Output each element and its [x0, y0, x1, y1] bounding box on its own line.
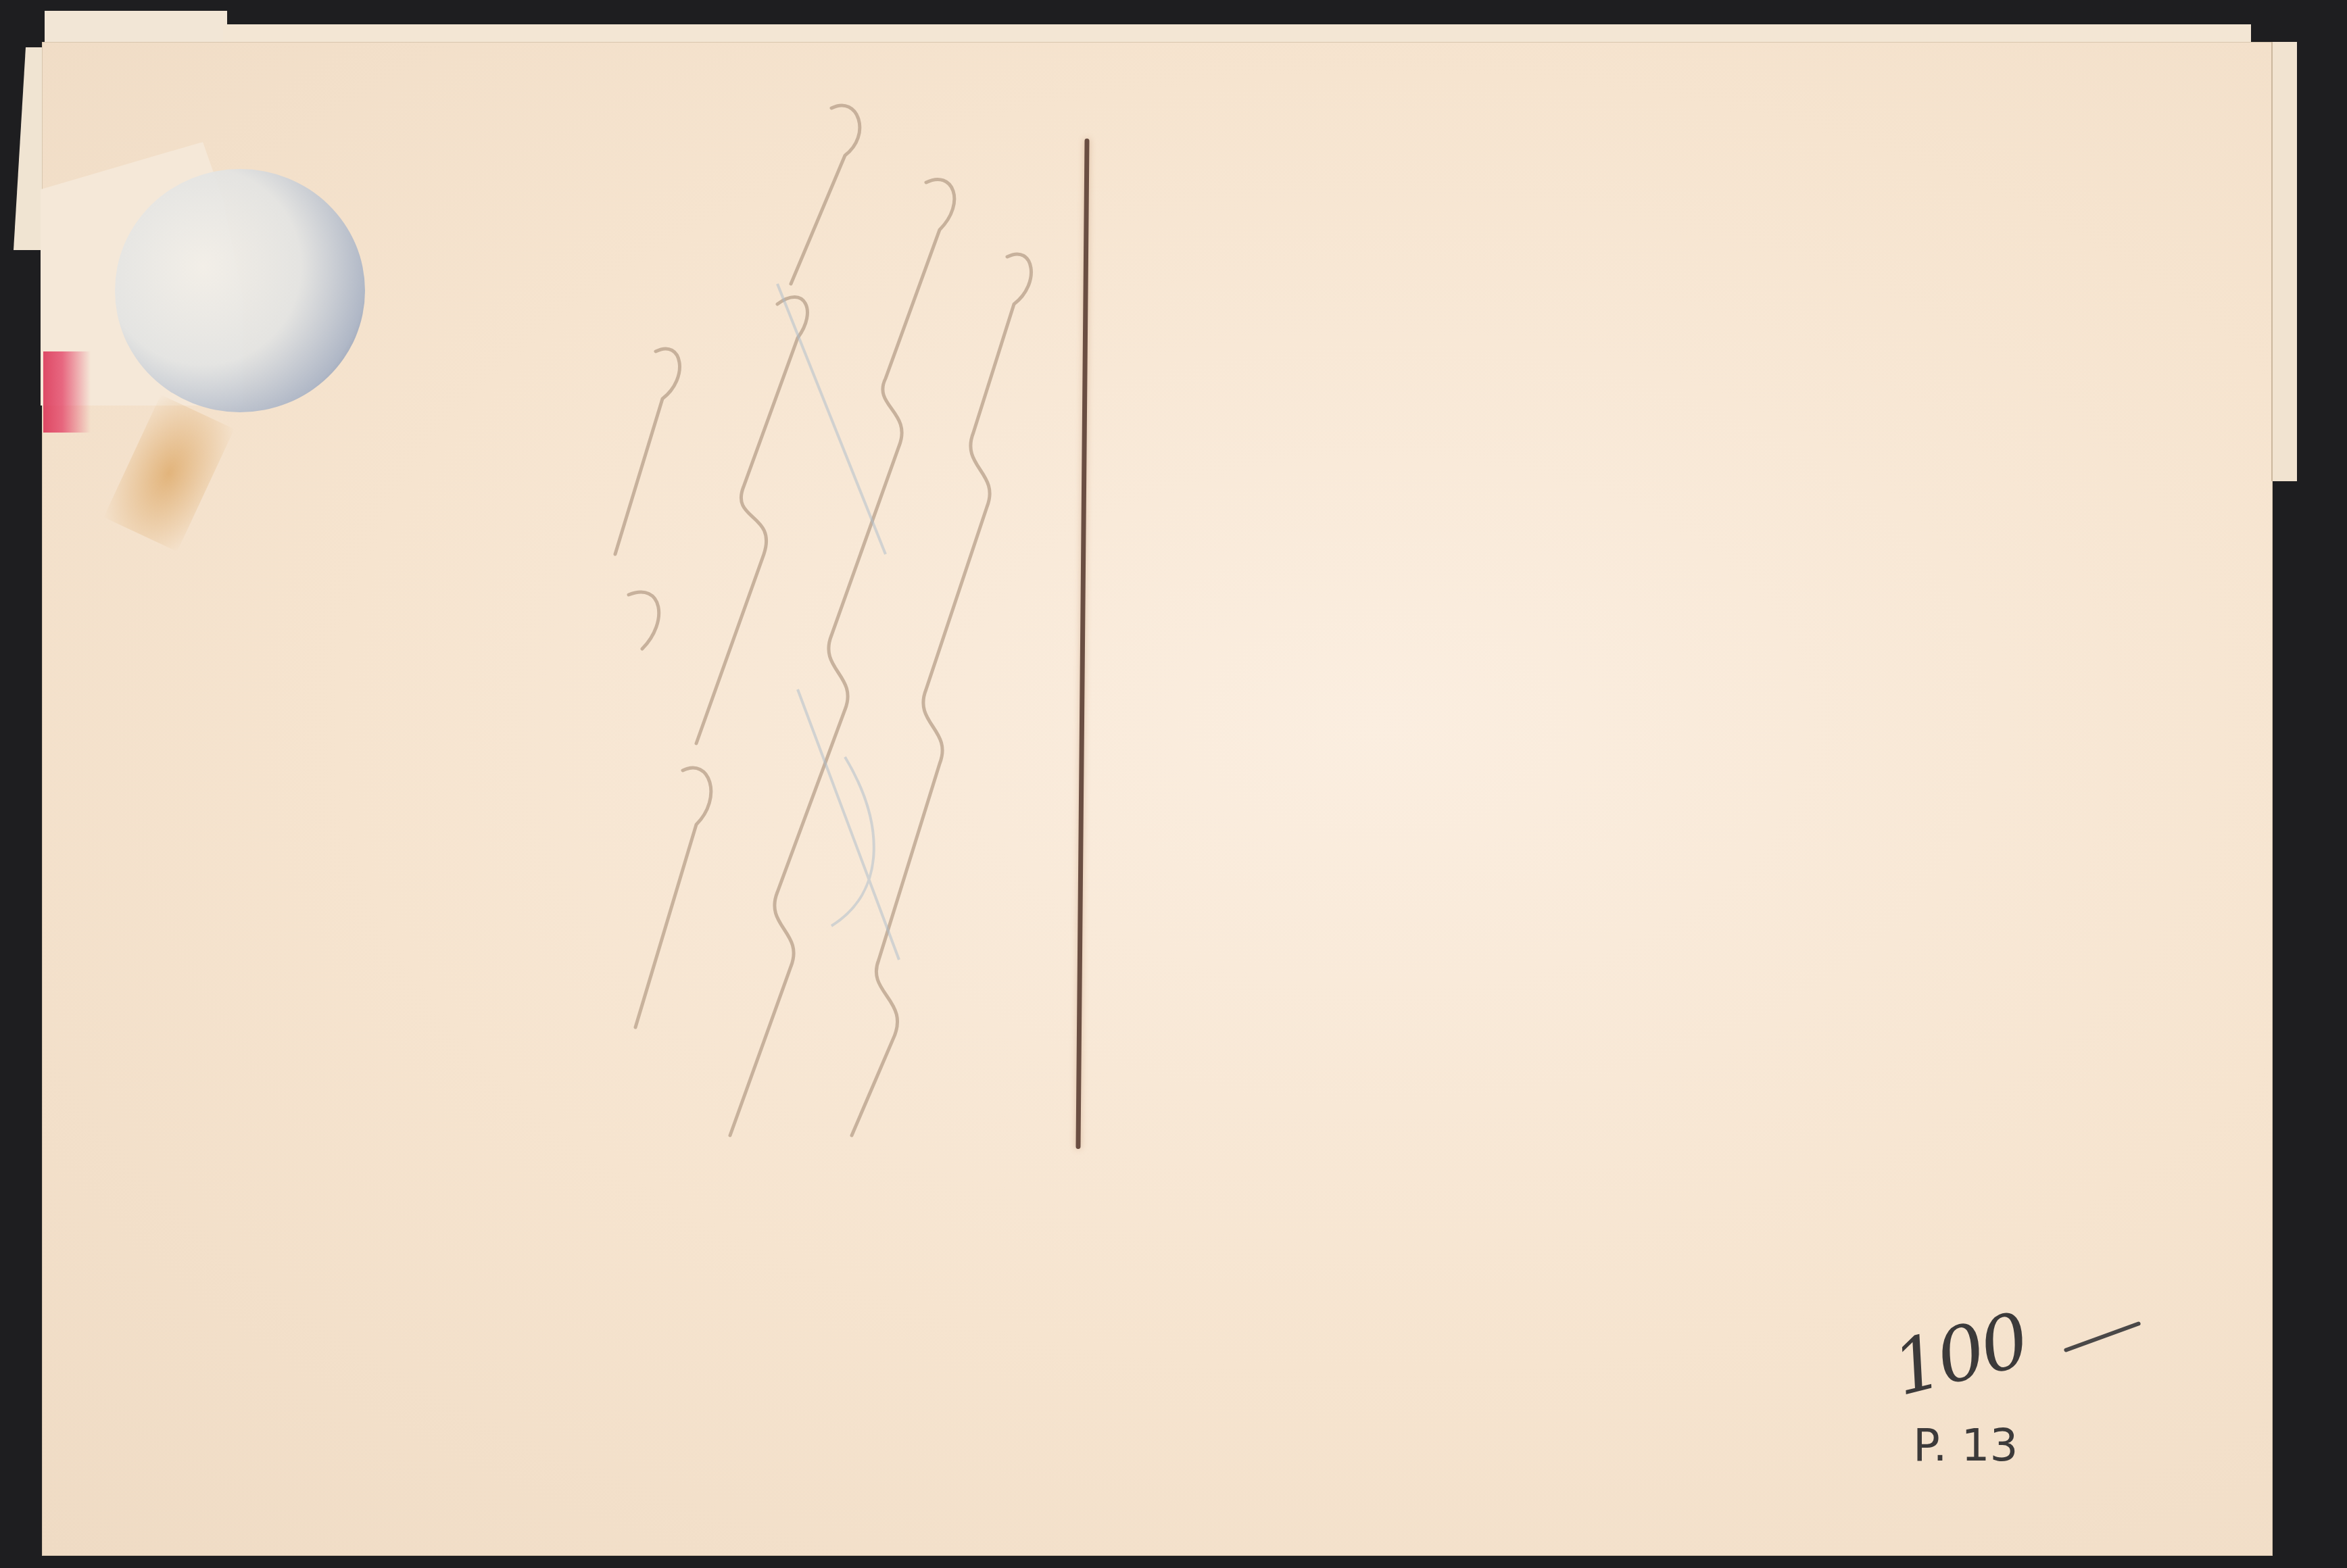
red-postal-mark — [43, 351, 91, 433]
wax-seal-icon — [115, 169, 365, 412]
scan-scene: 100 P. 13 — [0, 0, 2347, 1568]
pencil-reference-note: P. 13 — [1913, 1419, 2018, 1471]
right-folded-edge — [2271, 42, 2297, 481]
show-through-handwriting — [575, 81, 1061, 1162]
